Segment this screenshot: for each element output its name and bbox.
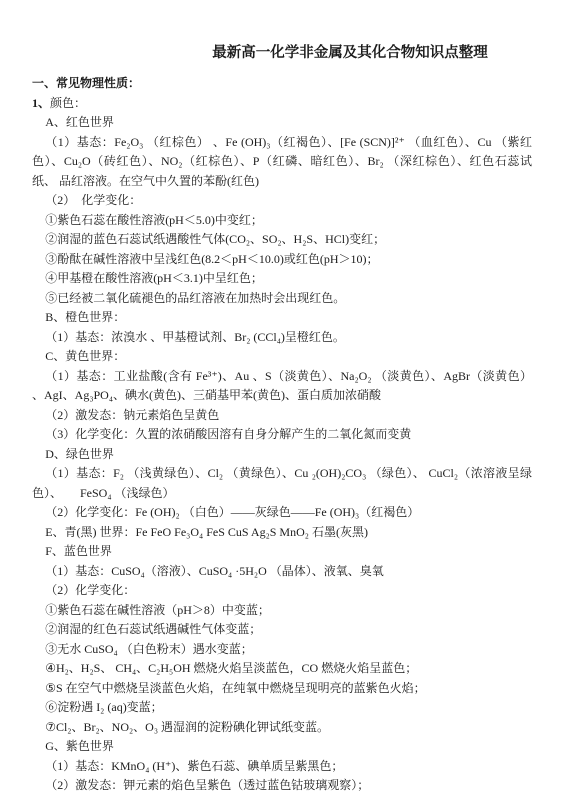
heading-color-number: 1、 bbox=[32, 96, 50, 110]
section-orange-header: B、橙色世界： bbox=[32, 308, 532, 328]
section-yellow-header: C、黄色世界： bbox=[32, 347, 532, 367]
section-red-item-5: ⑤已经被二氧化硫褪色的品红溶液在加热时会出现红色。 bbox=[32, 289, 532, 309]
section-blue-item-6: ⑥淀粉遇 I₂ (aq)变蓝； bbox=[32, 698, 532, 718]
section-blue-item-2: ②润湿的红色石蕊试纸遇碱性气体变蓝； bbox=[32, 620, 532, 640]
section-red-item-2: ②润湿的蓝色石蕊试纸遇酸性气体(CO₂、SO₂、H₂S、HCl)变红； bbox=[32, 230, 532, 250]
section-blue-item-3: ③无水 CuSO₄ （白色粉末）遇水变蓝； bbox=[32, 640, 532, 660]
section-blue-item-5: ⑤S 在空气中燃烧呈淡蓝色火焰，在纯氧中燃烧呈现明亮的蓝紫色火焰； bbox=[32, 679, 532, 699]
section-red-item-3: ③酚酞在碱性溶液中呈浅红色(8.2＜pH＜10.0)或红色(pH＞10)； bbox=[32, 250, 532, 270]
section-red-header: A、红色世界 bbox=[32, 113, 532, 133]
section-blue-item-7: ⑦Cl₂、Br₂、NO₂、O₃ 遇湿润的淀粉碘化钾试纸变蓝。 bbox=[32, 718, 532, 738]
section-blue-chemical-change-heading: （2）化学变化： bbox=[32, 581, 532, 601]
section-yellow-excited-state: （2）激发态：钠元素焰色呈黄色 bbox=[32, 406, 532, 426]
section-purple-excited-state: （2）激发态：钾元素的焰色呈紫色（透过蓝色钴玻璃观察）； bbox=[32, 776, 532, 796]
section-purple-basic-state: （1）基态：KMnO₄ (H⁺)、紫色石蕊、碘单质呈紫黑色； bbox=[32, 757, 532, 777]
section-green-header: D、绿色世界 bbox=[32, 445, 532, 465]
heading-physical-properties: 一、常见物理性质： bbox=[32, 74, 532, 94]
heading-color-label: 颜色： bbox=[50, 96, 86, 110]
section-black-header: E、青(黑) 世界：Fe FeO Fe₃O₄ FeS CuS Ag₂S MnO₂… bbox=[32, 523, 532, 543]
document-page: 最新高一化学非金属及其化合物知识点整理 一、常见物理性质： 1、颜色： A、红色… bbox=[0, 0, 566, 800]
section-green-basic-state: （1）基态：F₂ （浅黄绿色）、Cl₂ （黄绿色）、Cu ₂(OH)₂CO₃ （… bbox=[32, 464, 532, 503]
section-blue-basic-state: （1）基态：CuSO₄（溶液）、CuSO₄ ·5H₂O （晶体）、液氧、臭氧 bbox=[32, 562, 532, 582]
section-green-chemical-change: （2）化学变化：Fe (OH)₂ （白色）——灰绿色——Fe (OH)₃（红褐色… bbox=[32, 503, 532, 523]
section-purple-header: G、紫色世界 bbox=[32, 737, 532, 757]
section-blue-item-1: ①紫色石蕊在碱性溶液（pH＞8）中变蓝； bbox=[32, 601, 532, 621]
section-red-item-4: ④甲基橙在酸性溶液(pH＜3.1)中呈红色； bbox=[32, 269, 532, 289]
section-orange-basic-state: （1）基态：浓溴水 、甲基橙试剂、Br₂ (CCl₄)呈橙红色。 bbox=[32, 328, 532, 348]
section-red-chemical-change-heading: （2） 化学变化： bbox=[32, 191, 532, 211]
section-yellow-chemical-change: （3）化学变化：久置的浓硝酸因溶有自身分解产生的二氧化氮而变黄 bbox=[32, 425, 532, 445]
section-red-basic-state: （1）基态：Fe₂O₃ （红棕色） 、Fe (OH)₃（红褐色）、[Fe (SC… bbox=[32, 133, 532, 192]
doc-title: 最新高一化学非金属及其化合物知识点整理 bbox=[32, 44, 532, 62]
section-yellow-basic-state: （1）基态：工业盐酸(含有 Fe³⁺)、Au 、S（淡黄色）、Na₂O₂ （淡黄… bbox=[32, 367, 532, 406]
section-red-item-1: ①紫色石蕊在酸性溶液(pH＜5.0)中变红； bbox=[32, 211, 532, 231]
heading-color: 1、颜色： bbox=[32, 94, 532, 114]
section-blue-item-4: ④H₂、H₂S、 CH₄、C₂H₅OH 燃烧火焰呈淡蓝色，CO 燃烧火焰呈蓝色； bbox=[32, 659, 532, 679]
section-blue-header: F、蓝色世界 bbox=[32, 542, 532, 562]
